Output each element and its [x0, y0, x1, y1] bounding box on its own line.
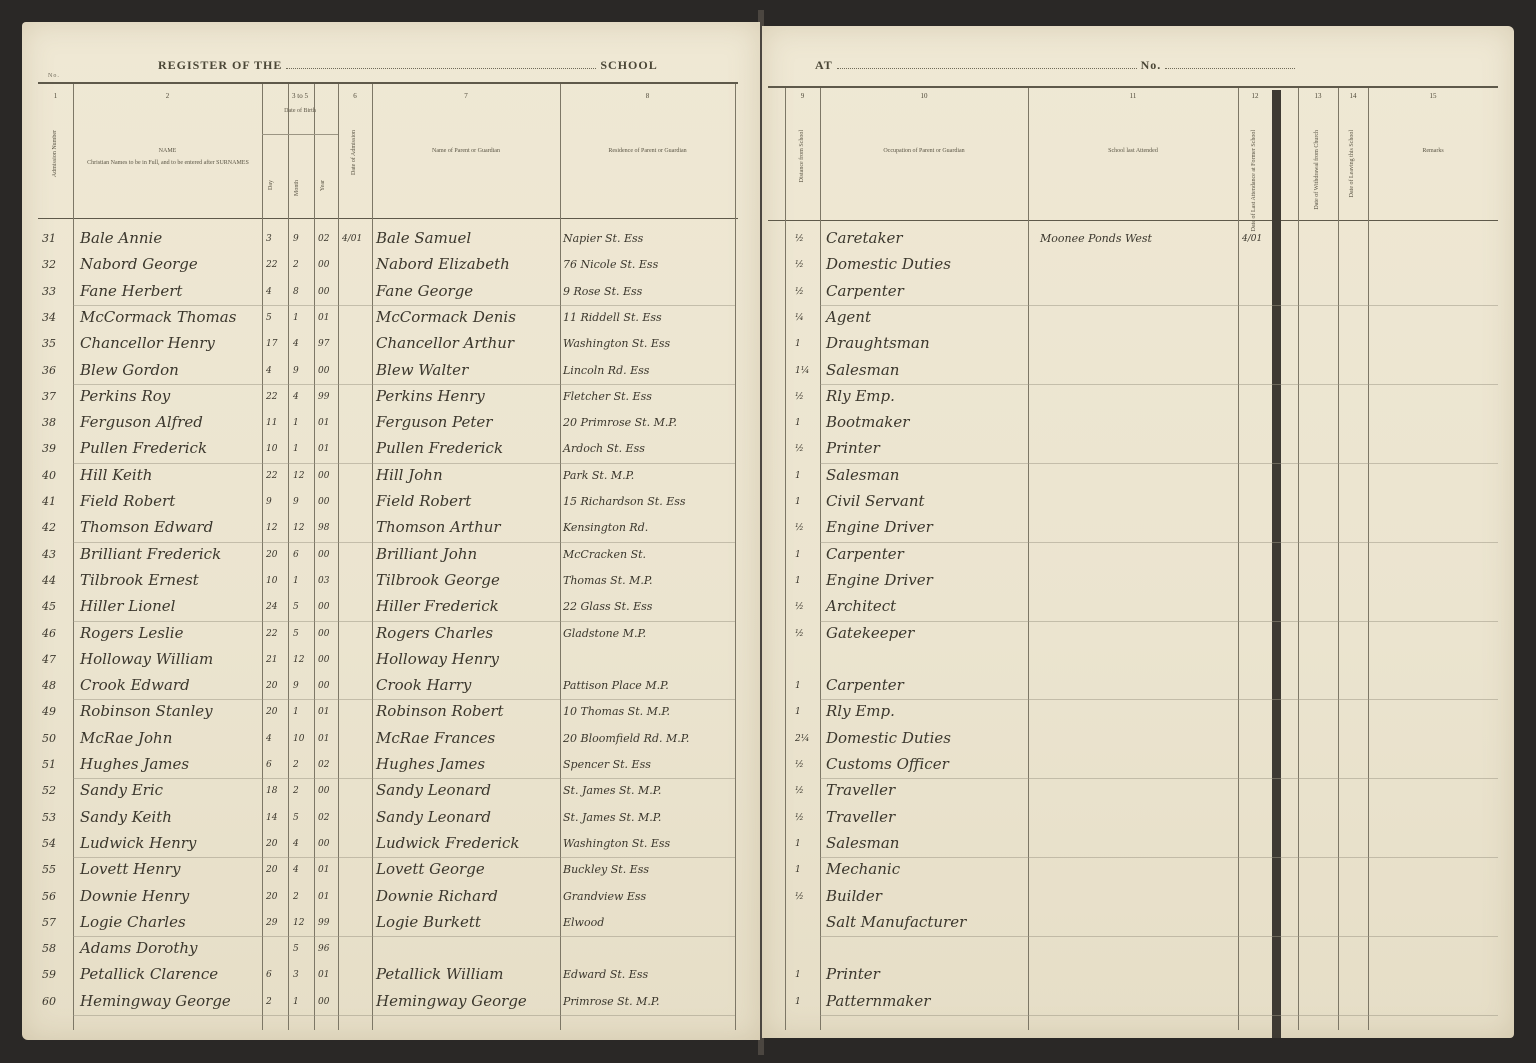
birth-day: 22	[266, 471, 277, 481]
row-rule	[820, 1015, 1498, 1016]
distance-from-school: 1¼	[795, 366, 809, 376]
parent-residence: Spencer St. Ess	[563, 758, 651, 771]
parent-residence: St. James St. M.P.	[563, 811, 661, 824]
parent-residence: Park St. M.P.	[563, 469, 634, 482]
parent-residence: Washington St. Ess	[563, 837, 670, 850]
birth-day: 5	[266, 313, 272, 323]
parent-occupation: Domestic Duties	[826, 255, 951, 273]
admission-number: 39	[42, 442, 56, 455]
birth-year: 00	[318, 629, 329, 639]
admission-number: 47	[42, 653, 56, 666]
parent-name: Nabord Elizabeth	[376, 255, 510, 273]
column-header: School last Attended	[1032, 148, 1234, 156]
distance-from-school: 1	[795, 970, 801, 980]
admission-number: 34	[42, 311, 56, 324]
parent-name: Lovett George	[376, 860, 485, 878]
birth-year: 03	[318, 576, 329, 586]
parent-residence: Fletcher St. Ess	[563, 390, 652, 403]
parent-residence: Gladstone M.P.	[563, 627, 646, 640]
pupil-name: Adams Dorothy	[80, 939, 198, 957]
admission-number: 57	[42, 916, 56, 929]
parent-occupation: Traveller	[826, 781, 895, 799]
parent-residence: Grandview Ess	[563, 890, 646, 903]
parent-residence: 9 Rose St. Ess	[563, 285, 642, 298]
pupil-name: Ferguson Alfred	[80, 413, 203, 431]
birth-month: 2	[293, 892, 299, 902]
parent-residence: 11 Riddell St. Ess	[563, 311, 662, 324]
column-number: 9	[785, 92, 820, 100]
pupil-name: Fane Herbert	[80, 282, 182, 300]
row-rule	[73, 384, 735, 385]
birth-year: 01	[318, 892, 329, 902]
birth-year: 00	[318, 786, 329, 796]
birth-subcolumn-day: Day	[268, 180, 274, 190]
birth-month: 12	[293, 918, 304, 928]
birth-day: 20	[266, 839, 277, 849]
birth-day: 4	[266, 734, 272, 744]
pupil-name: Sandy Keith	[80, 808, 172, 826]
birth-year: 98	[318, 523, 329, 533]
distance-from-school: ¼	[795, 313, 804, 323]
row-rule	[73, 1015, 735, 1016]
admission-number: 43	[42, 548, 56, 561]
pupil-name: McRae John	[80, 729, 172, 747]
pupil-name: Thomson Edward	[80, 518, 213, 536]
pupil-name: Logie Charles	[80, 913, 186, 931]
pupil-name: Tilbrook Ernest	[80, 571, 199, 589]
column-number: 3 to 5	[262, 92, 338, 100]
pupil-name: Hill Keith	[80, 466, 152, 484]
birth-year: 02	[318, 813, 329, 823]
admission-number: 48	[42, 679, 56, 692]
birth-month: 12	[293, 655, 304, 665]
birth-day: 12	[266, 523, 277, 533]
parent-name: Blew Walter	[376, 361, 468, 379]
admission-number: 31	[42, 232, 56, 245]
parent-residence: 20 Bloomfield Rd. M.P.	[563, 732, 689, 745]
parent-name: Rogers Charles	[376, 624, 493, 642]
distance-from-school: ½	[795, 602, 804, 612]
column-divider	[1298, 88, 1299, 1030]
parent-residence: Napier St. Ess	[563, 232, 643, 245]
parent-name: Sandy Leonard	[376, 781, 491, 799]
column-header: Occupation of Parent or Guardian	[824, 148, 1024, 156]
parent-name: Robinson Robert	[376, 702, 504, 720]
birth-year: 00	[318, 497, 329, 507]
distance-from-school: 1	[795, 471, 801, 481]
pupil-name: Crook Edward	[80, 676, 190, 694]
parent-occupation: Rly Emp.	[826, 387, 895, 405]
birth-month: 1	[293, 444, 299, 454]
column-divider	[820, 88, 821, 1030]
parent-occupation: Salesman	[826, 361, 899, 379]
parent-residence: Washington St. Ess	[563, 337, 670, 350]
pupil-name: Hughes James	[80, 755, 189, 773]
pupil-name: Nabord George	[80, 255, 198, 273]
column-header: Date of Last Attendance at Former School	[1251, 130, 1257, 231]
left-header-rule	[38, 218, 738, 219]
column-divider	[73, 84, 74, 1030]
column-divider	[1368, 88, 1369, 1030]
column-header: Date of Admission	[351, 130, 357, 175]
pupil-name: Chancellor Henry	[80, 334, 215, 352]
column-divider	[735, 84, 736, 1030]
birth-month: 3	[293, 970, 299, 980]
pupil-name: Downie Henry	[80, 887, 189, 905]
parent-occupation: Printer	[826, 965, 880, 983]
birth-month: 1	[293, 707, 299, 717]
parent-name: Crook Harry	[376, 676, 471, 694]
parent-occupation: Bootmaker	[826, 413, 909, 431]
parent-residence: 20 Primrose St. M.P.	[563, 416, 677, 429]
parent-residence: 22 Glass St. Ess	[563, 600, 652, 613]
no-blank	[1165, 58, 1295, 69]
row-rule	[820, 936, 1498, 937]
row-rule	[73, 857, 735, 858]
column-divider	[314, 84, 315, 1030]
birth-day: 20	[266, 550, 277, 560]
column-number: 11	[1028, 92, 1238, 100]
distance-from-school: 1	[795, 707, 801, 717]
distance-from-school: ½	[795, 392, 804, 402]
birth-year: 01	[318, 444, 329, 454]
birth-day: 18	[266, 786, 277, 796]
admission-number: 55	[42, 863, 56, 876]
distance-from-school: 1	[795, 418, 801, 428]
birth-day: 4	[266, 366, 272, 376]
pupil-name: Field Robert	[80, 492, 175, 510]
birth-year: 00	[318, 839, 329, 849]
parent-name: Perkins Henry	[376, 387, 485, 405]
column-header: Remarks	[1372, 148, 1494, 156]
corner-mark: No.	[48, 66, 60, 81]
column-header: Distance from School	[799, 130, 805, 182]
right-page-divider	[1272, 90, 1281, 1038]
row-rule	[73, 305, 735, 306]
birth-year: 01	[318, 734, 329, 744]
birth-month: 4	[293, 339, 299, 349]
birth-year: 01	[318, 418, 329, 428]
row-rule	[820, 463, 1498, 464]
parent-occupation: Mechanic	[826, 860, 900, 878]
birth-year: 00	[318, 602, 329, 612]
column-divider	[338, 84, 339, 1030]
birth-year: 01	[318, 865, 329, 875]
admission-number: 49	[42, 705, 56, 718]
parent-name: Hemingway George	[376, 992, 527, 1010]
parent-residence: Thomas St. M.P.	[563, 574, 653, 587]
birth-month: 4	[293, 865, 299, 875]
row-rule	[820, 857, 1498, 858]
row-rule	[820, 542, 1498, 543]
pupil-name: Lovett Henry	[80, 860, 180, 878]
column-number: 14	[1338, 92, 1368, 100]
distance-from-school: ½	[795, 444, 804, 454]
admission-number: 33	[42, 285, 56, 298]
birth-month: 1	[293, 576, 299, 586]
admission-number: 56	[42, 890, 56, 903]
no-label: No.	[1141, 58, 1162, 72]
admission-number: 35	[42, 337, 56, 350]
distance-from-school: ½	[795, 786, 804, 796]
parent-occupation: Rly Emp.	[826, 702, 895, 720]
parent-residence: 15 Richardson St. Ess	[563, 495, 686, 508]
birth-day: 20	[266, 681, 277, 691]
birth-day: 2	[266, 997, 272, 1007]
row-rule	[73, 542, 735, 543]
parent-name: Chancellor Arthur	[376, 334, 514, 352]
admission-number: 36	[42, 364, 56, 377]
parent-occupation: Carpenter	[826, 676, 904, 694]
row-rule	[73, 778, 735, 779]
parent-name: Ludwick Frederick	[376, 834, 520, 852]
pupil-name: Sandy Eric	[80, 781, 163, 799]
birth-subheader-rule	[262, 134, 338, 135]
parent-residence: Buckley St. Ess	[563, 863, 649, 876]
column-header: NAME	[77, 148, 258, 156]
distance-from-school: ½	[795, 892, 804, 902]
pupil-name: Blew Gordon	[80, 361, 179, 379]
admission-number: 60	[42, 995, 56, 1008]
birth-day: 24	[266, 602, 277, 612]
birth-day: 22	[266, 629, 277, 639]
distance-from-school: 1	[795, 839, 801, 849]
row-rule	[73, 463, 735, 464]
column-divider	[1338, 88, 1339, 1030]
admission-number: 50	[42, 732, 56, 745]
birth-month: 2	[293, 760, 299, 770]
column-number: 15	[1368, 92, 1498, 100]
birth-day: 20	[266, 707, 277, 717]
column-number: 6	[338, 92, 372, 100]
row-rule	[820, 305, 1498, 306]
column-number: 2	[73, 92, 262, 100]
admission-number: 54	[42, 837, 56, 850]
pupil-name: Hemingway George	[80, 992, 231, 1010]
register-title: REGISTER OF THE SCHOOL	[158, 58, 658, 73]
column-number: 13	[1298, 92, 1338, 100]
column-header: Admission Number	[52, 130, 58, 177]
parent-name: Thomson Arthur	[376, 518, 501, 536]
parent-residence: Kensington Rd.	[563, 521, 648, 534]
birth-year: 00	[318, 260, 329, 270]
birth-month: 4	[293, 392, 299, 402]
birth-day: 11	[266, 418, 277, 428]
row-rule	[73, 699, 735, 700]
birth-year: 00	[318, 471, 329, 481]
admission-number: 51	[42, 758, 56, 771]
admission-number: 45	[42, 600, 56, 613]
parent-occupation: Printer	[826, 439, 880, 457]
birth-month: 2	[293, 786, 299, 796]
pupil-name: Rogers Leslie	[80, 624, 183, 642]
birth-year: 00	[318, 550, 329, 560]
birth-day: 20	[266, 892, 277, 902]
birth-month: 1	[293, 418, 299, 428]
birth-day: 29	[266, 918, 277, 928]
birth-month: 5	[293, 944, 299, 954]
parent-occupation: Carpenter	[826, 282, 904, 300]
parent-residence: Elwood	[563, 916, 604, 929]
admission-number: 42	[42, 521, 56, 534]
birth-month: 5	[293, 629, 299, 639]
parent-occupation: Carpenter	[826, 545, 904, 563]
birth-month: 9	[293, 497, 299, 507]
distance-from-school: 1	[795, 497, 801, 507]
distance-from-school: 1	[795, 865, 801, 875]
admission-number: 52	[42, 784, 56, 797]
birth-month: 4	[293, 839, 299, 849]
birth-day: 4	[266, 287, 272, 297]
parent-name: Field Robert	[376, 492, 471, 510]
birth-day: 22	[266, 260, 277, 270]
row-rule	[73, 621, 735, 622]
distance-from-school: 1	[795, 681, 801, 691]
parent-name: Petallick William	[376, 965, 503, 983]
birth-day: 22	[266, 392, 277, 402]
birth-month: 9	[293, 234, 299, 244]
admission-number: 38	[42, 416, 56, 429]
last-attendance-date: 4/01	[1242, 234, 1262, 244]
column-divider	[1238, 88, 1239, 1030]
column-divider	[262, 84, 263, 1030]
birth-year: 01	[318, 313, 329, 323]
distance-from-school: 1	[795, 550, 801, 560]
distance-from-school: ½	[795, 287, 804, 297]
birth-year: 00	[318, 655, 329, 665]
pupil-name: Robinson Stanley	[80, 702, 213, 720]
birth-day: 6	[266, 760, 272, 770]
birth-day: 10	[266, 576, 277, 586]
birth-month: 9	[293, 366, 299, 376]
column-header: Date of Withdrawal from Church	[1314, 130, 1320, 210]
birth-month: 2	[293, 260, 299, 270]
at-title: AT No.	[815, 58, 1295, 73]
parent-residence: Lincoln Rd. Ess	[563, 364, 649, 377]
birth-year: 02	[318, 760, 329, 770]
admission-number: 53	[42, 811, 56, 824]
birth-month: 1	[293, 997, 299, 1007]
parent-name: Logie Burkett	[376, 913, 481, 931]
distance-from-school: ½	[795, 523, 804, 533]
parent-name: McRae Frances	[376, 729, 495, 747]
at-label: AT	[815, 58, 833, 72]
parent-name: Downie Richard	[376, 887, 498, 905]
admission-number: 32	[42, 258, 56, 271]
column-divider	[785, 88, 786, 1030]
parent-occupation: Salesman	[826, 466, 899, 484]
parent-name: Tilbrook George	[376, 571, 500, 589]
parent-name: McCormack Denis	[376, 308, 516, 326]
parent-occupation: Domestic Duties	[826, 729, 951, 747]
parent-occupation: Architect	[826, 597, 896, 615]
parent-residence: Ardoch St. Ess	[563, 442, 645, 455]
birth-year: 01	[318, 707, 329, 717]
register-of-the-label: REGISTER OF THE	[158, 58, 282, 72]
pupil-name: McCormack Thomas	[80, 308, 236, 326]
birth-month: 12	[293, 523, 304, 533]
parent-name: Pullen Frederick	[376, 439, 503, 457]
parent-residence: McCracken St.	[563, 548, 646, 561]
right-top-rule	[768, 86, 1498, 88]
row-rule	[820, 778, 1498, 779]
distance-from-school: 2¼	[795, 734, 809, 744]
distance-from-school: ½	[795, 813, 804, 823]
birth-month: 8	[293, 287, 299, 297]
birth-month: 9	[293, 681, 299, 691]
admission-number: 44	[42, 574, 56, 587]
birth-day: 9	[266, 497, 272, 507]
column-number: 10	[820, 92, 1028, 100]
parent-residence: Pattison Place M.P.	[563, 679, 669, 692]
column-number: 7	[372, 92, 560, 100]
column-divider	[288, 84, 289, 1030]
parent-name: Fane George	[376, 282, 473, 300]
birth-year: 99	[318, 918, 329, 928]
column-divider	[560, 84, 561, 1030]
parent-name: Bale Samuel	[376, 229, 471, 247]
distance-from-school: 1	[795, 576, 801, 586]
birth-subcolumn-month: Month	[294, 180, 300, 196]
parent-occupation: Salt Manufacturer	[826, 913, 966, 931]
admission-number: 40	[42, 469, 56, 482]
pupil-name: Petallick Clarence	[80, 965, 218, 983]
birth-month: 6	[293, 550, 299, 560]
parent-occupation: Engine Driver	[826, 518, 933, 536]
row-rule	[820, 699, 1498, 700]
distance-from-school: ½	[795, 629, 804, 639]
parent-occupation: Patternmaker	[826, 992, 930, 1010]
parent-name: Hughes James	[376, 755, 485, 773]
parent-occupation: Caretaker	[826, 229, 903, 247]
birth-year: 96	[318, 944, 329, 954]
column-number: 8	[560, 92, 735, 100]
row-rule	[820, 384, 1498, 385]
pupil-name: Pullen Frederick	[80, 439, 207, 457]
birth-year: 02	[318, 234, 329, 244]
birth-day: 10	[266, 444, 277, 454]
birth-month: 12	[293, 471, 304, 481]
row-rule	[820, 621, 1498, 622]
birth-day: 21	[266, 655, 277, 665]
parent-name: Ferguson Peter	[376, 413, 492, 431]
parent-occupation: Engine Driver	[826, 571, 933, 589]
admission-number: 59	[42, 968, 56, 981]
pupil-name: Holloway William	[80, 650, 213, 668]
distance-from-school: ½	[795, 760, 804, 770]
birth-day: 6	[266, 970, 272, 980]
column-divider	[372, 84, 373, 1030]
birth-day: 20	[266, 865, 277, 875]
parent-residence: Primrose St. M.P.	[563, 995, 660, 1008]
admission-number: 41	[42, 495, 56, 508]
birth-month: 5	[293, 813, 299, 823]
admission-number: 58	[42, 942, 56, 955]
birth-subcolumn-year: Year	[320, 180, 326, 191]
parent-occupation: Gatekeeper	[826, 624, 914, 642]
parent-residence: St. James St. M.P.	[563, 784, 661, 797]
birth-month: 10	[293, 734, 304, 744]
at-blank	[837, 58, 1137, 69]
column-divider	[1028, 88, 1029, 1030]
pupil-name: Brilliant Frederick	[80, 545, 221, 563]
parent-occupation: Agent	[826, 308, 871, 326]
birth-year: 00	[318, 287, 329, 297]
column-number: 12	[1238, 92, 1272, 100]
pupil-name: Ludwick Henry	[80, 834, 196, 852]
right-header-rule	[768, 220, 1498, 221]
parent-name: Holloway Henry	[376, 650, 499, 668]
